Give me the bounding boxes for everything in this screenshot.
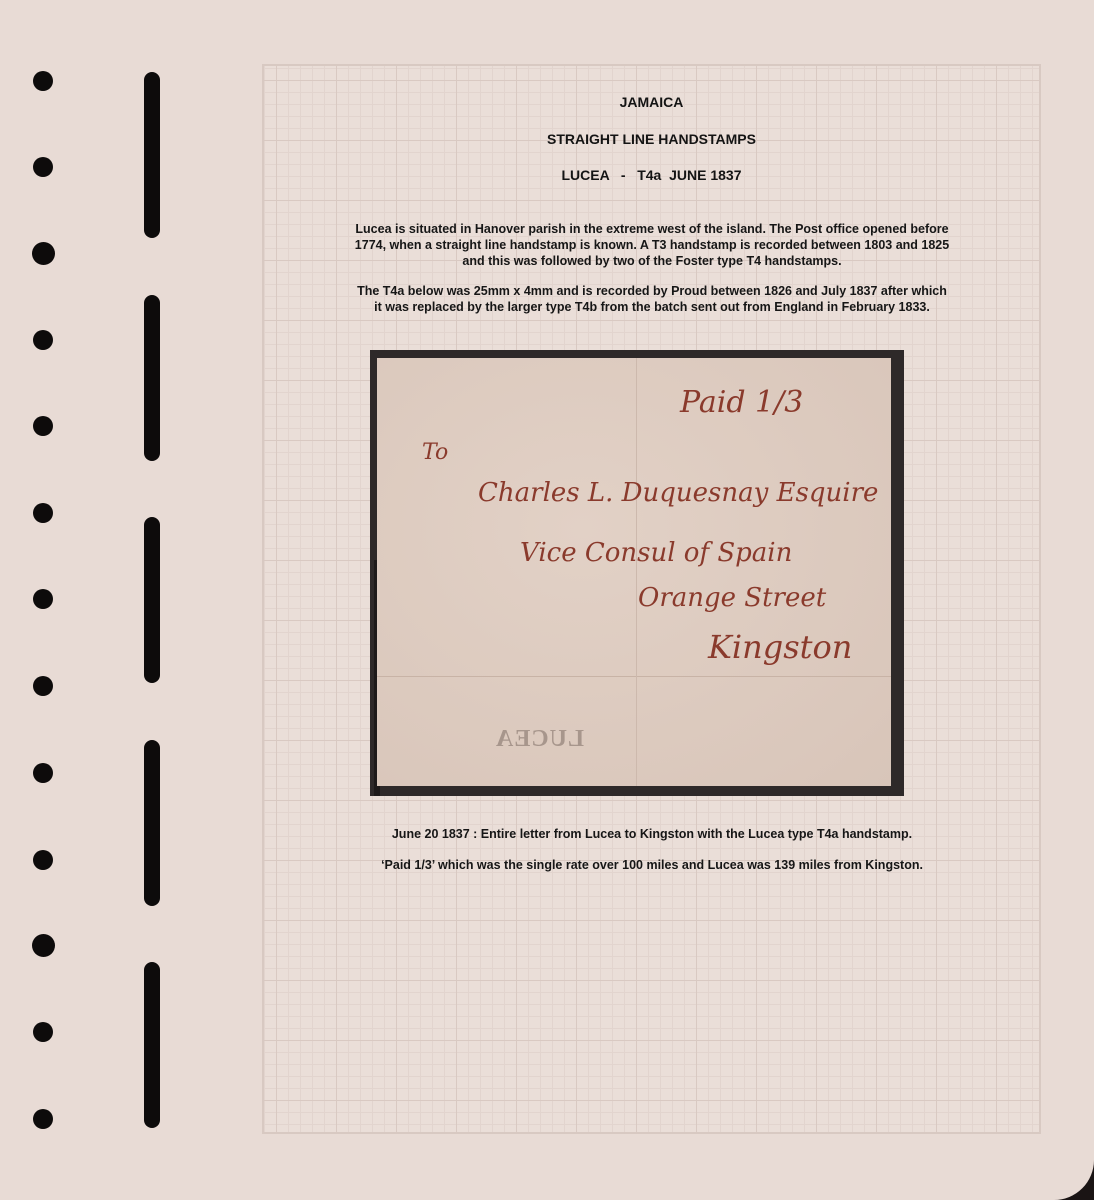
intro-line: and this was followed by two of the Fost… <box>300 253 1004 269</box>
binder-slot <box>144 295 160 461</box>
binder-hole <box>33 763 53 783</box>
binder-slot <box>144 517 160 683</box>
binder-hole <box>33 1109 53 1129</box>
entire-letter-image <box>377 358 891 786</box>
section-title: LUCEA - T4a JUNE 1837 <box>262 167 1041 183</box>
manuscript-town: Kingston <box>708 628 852 666</box>
manuscript-to: To <box>422 440 448 465</box>
intro-line: The T4a below was 25mm x 4mm and is reco… <box>300 283 1004 299</box>
binder-hole <box>32 242 55 265</box>
binder-hole <box>33 676 53 696</box>
manuscript-title: Vice Consul of Spain <box>520 538 792 568</box>
page-heading: JAMAICA <box>262 94 1041 110</box>
page-subheading: STRAIGHT LINE HANDSTAMPS <box>262 131 1041 147</box>
manuscript-paid-marking: Paid 1/3 <box>680 385 803 420</box>
intro-paragraph-2: The T4a below was 25mm x 4mm and is reco… <box>300 283 1004 315</box>
binder-slot <box>144 72 160 238</box>
manuscript-addressee: Charles L. Duquesnay Esquire <box>478 478 878 508</box>
binder-hole <box>33 1022 53 1042</box>
intro-paragraph-1: Lucea is situated in Hanover parish in t… <box>300 221 1004 269</box>
binder-hole <box>33 330 53 350</box>
cover-fold-line <box>636 358 637 786</box>
intro-line: Lucea is situated in Hanover parish in t… <box>300 221 1004 237</box>
binder-hole <box>32 934 55 957</box>
binder-hole <box>33 503 53 523</box>
manuscript-street: Orange Street <box>638 583 826 613</box>
binder-hole <box>33 589 53 609</box>
binder-hole <box>33 157 53 177</box>
caption-line-1: June 20 1837 : Entire letter from Lucea … <box>300 827 1004 841</box>
cover-fold-line <box>377 676 891 677</box>
lucea-handstamp: LUCEA <box>495 726 584 753</box>
intro-line: it was replaced by the larger type T4b f… <box>300 299 1004 315</box>
binder-slot <box>144 740 160 906</box>
binder-slot <box>144 962 160 1128</box>
binder-hole <box>33 850 53 870</box>
binder-hole <box>33 71 53 91</box>
intro-line: 1774, when a straight line handstamp is … <box>300 237 1004 253</box>
caption-line-2: ‘Paid 1/3’ which was the single rate ove… <box>300 858 1004 872</box>
binder-hole <box>33 416 53 436</box>
